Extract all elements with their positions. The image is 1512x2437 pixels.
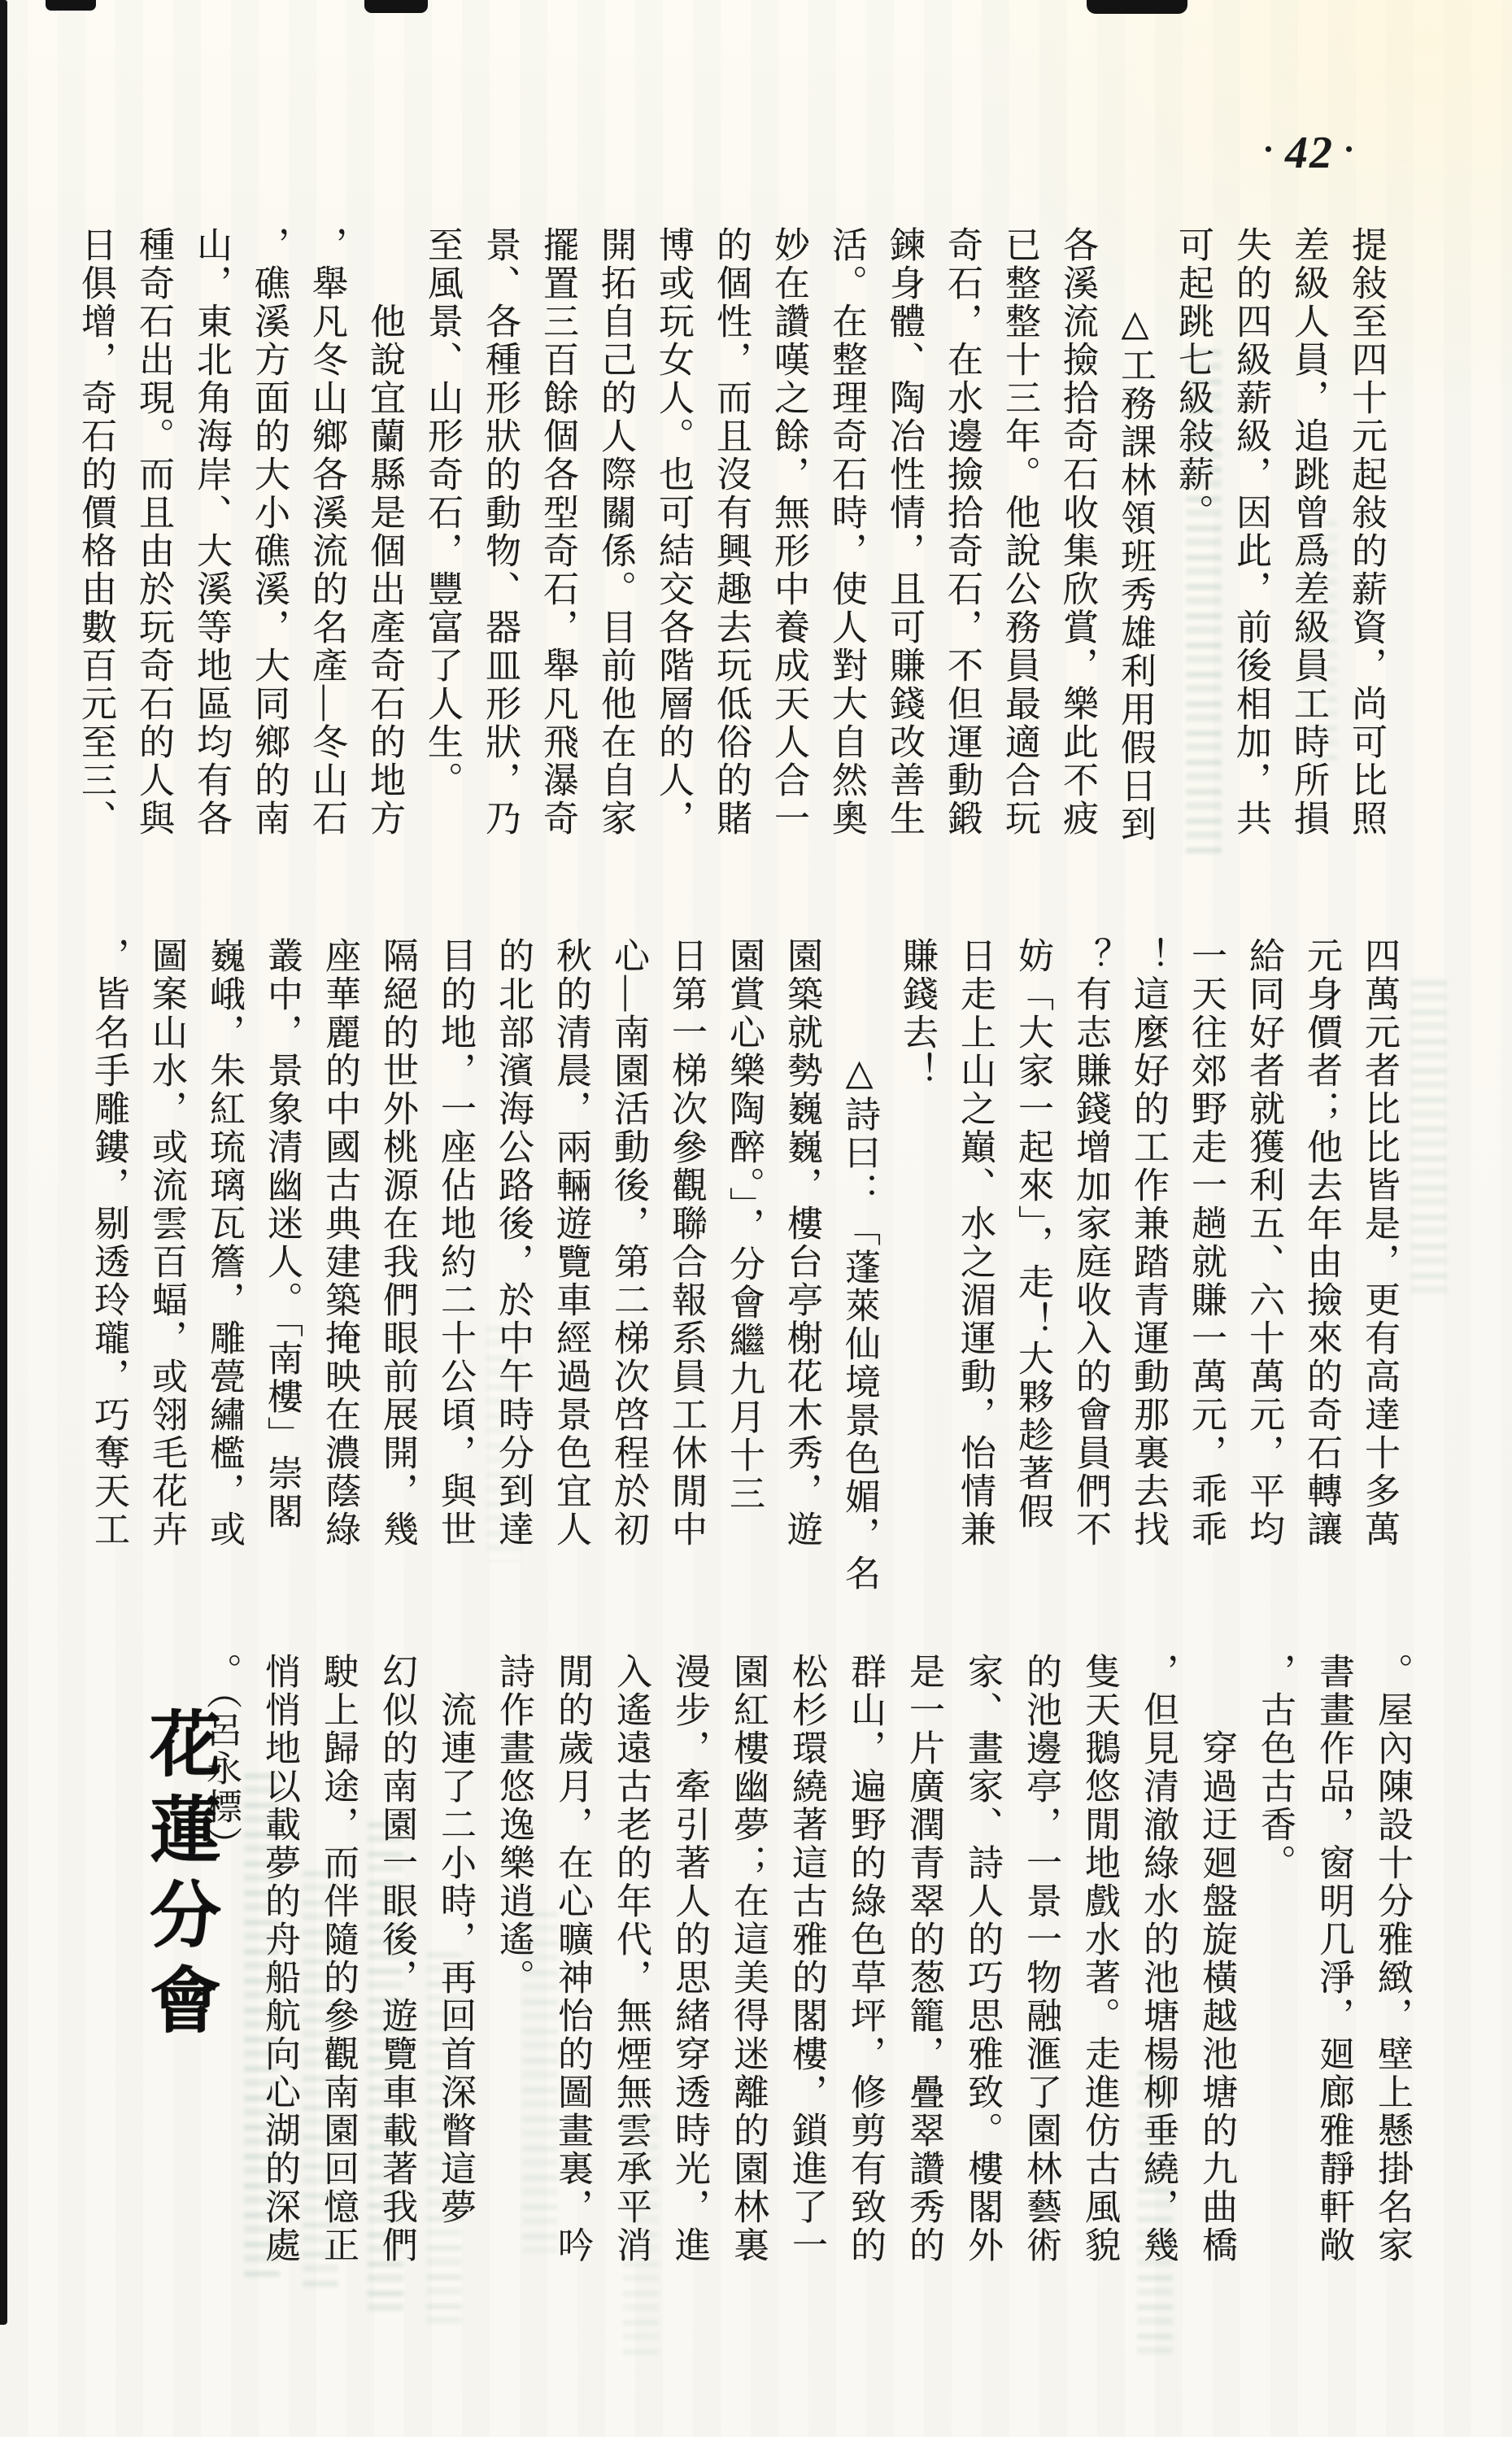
dot-icon: • [1253,137,1285,161]
scan-edge-artifact [0,0,7,2325]
text-column: 隻天鵝悠閒地戲水著。走進仿古風貌 [1070,1653,1128,2316]
text-column: 園築就勢巍巍，樓台亭榭花木秀，遊 [773,937,830,1600]
text-column: 目的地，一座佔地約二十公頃，與世 [426,937,484,1600]
text-column: 座華麗的中國古典建築掩映在濃蔭綠 [311,937,368,1600]
text-column: 妙在讚嘆之餘，無形中養成天人合一 [760,226,817,889]
text-column: 書畫作品，窗明几淨，廻廊雅靜軒敞 [1304,1653,1362,2316]
text-column: 駛上歸途，而伴隨的參觀南園回憶正 [308,1653,367,2316]
text-column: 鍊身體、陶冶性情，且可賺錢改善生 [875,226,933,889]
text-column: 至風景、山形奇石，豐富了人生。 [413,226,471,889]
text-column: 悄悄地以載夢的舟船航向心湖的深處 [250,1653,308,2316]
text-column: 種奇石出現。而且由於玩奇石的人與 [124,226,182,889]
text-column: 日俱增，奇石的價格由數百元至三、 [67,226,124,889]
text-column: 可起跳七級敍薪。 [1164,226,1222,889]
text-column: 家、畫家、詩人的巧思雅致。樓閣外 [952,1653,1011,2316]
text-column: 給同好者就獲利五、六十萬元，平均 [1235,937,1292,1600]
text-column: 閒的歲月，在心曠神怡的圖畫裏，吟 [542,1653,601,2316]
text-column: 日走上山之巔、水之湄運動，怡情兼 [946,937,1004,1600]
text-column: 心—南園活動後，第二梯次啓程於初 [599,937,657,1600]
showthrough-ghost [1411,980,1447,1297]
text-column: ，礁溪方面的大小礁溪，大同鄉的南 [240,226,298,889]
text-column: 賺錢去！ [888,937,946,1600]
text-column: 的池邊亭，一景一物融滙了園林藝術 [1011,1653,1070,2316]
text-column: △詩曰：「蓬萊仙境景色媚，名 [830,937,888,1600]
text-column: 日第一梯次參觀聯合報系員工休閒中 [657,937,715,1600]
article-band-top: 提敍至四十元起敍的薪資，尚可比照差級人員，追跳曾爲差級員工時所損失的四級薪級，因… [67,226,1395,889]
text-column: 松杉環繞著這古雅的閣樓，鎖進了一 [777,1653,835,2316]
text-column: 一天往郊野走一趟就賺一萬元，乖乖 [1177,937,1235,1600]
text-column: 叢中，景象清幽迷人。「南樓」崇閣 [253,937,311,1600]
text-column: 元身價者；他去年由撿來的奇石轉讓 [1292,937,1350,1600]
text-column: 入遙遠古老的年代，無煙無雲承平消 [601,1653,660,2316]
text-column: 活。在整理奇石時，使人對大自然奧 [817,226,875,889]
text-column: 園紅樓幽夢；在這美得迷離的園林裏 [718,1653,777,2316]
text-column: 他說宜蘭縣是個出產奇石的地方 [355,226,413,889]
text-column: 山，東北角海岸、大溪等地區均有各 [182,226,240,889]
text-column: ？有志賺錢增加家庭收入的會員們不 [1061,937,1119,1600]
text-column: 漫步，牽引著人的思緒穿透時光，進 [660,1653,718,2316]
text-column: 開拓自己的人際關係。目前他在自家 [586,226,644,889]
text-column: ，古色古香。 [1245,1653,1304,2316]
text-column: 四萬元者比比皆是，更有高達十多萬 [1350,937,1408,1600]
section-heading-hualien-branch: 花蓮分會 [127,1707,229,2048]
text-column: 的北部濱海公路後，於中午時分到達 [484,937,542,1600]
text-column: ，皆名手雕鏤，剔透玲瓏，巧奪天工 [80,937,137,1600]
scan-top-artifact [364,0,428,13]
text-column: 妨「大家一起來」，走！大夥趁著假 [1004,937,1061,1600]
text-column: 各溪流撿拾奇石收集欣賞，樂此不疲 [1048,226,1106,889]
text-column: 奇石，在水邊撿拾奇石，不但運動鍛 [933,226,991,889]
text-column: 幻似的南園一眼後，遊覽車載著我們 [367,1653,425,2316]
text-column: 是一片廣潤青翠的葱籠，疊翠讚秀的 [894,1653,952,2316]
text-column: 秋的清晨，兩輛遊覽車經過景色宜人 [542,937,599,1600]
page-number: •42• [1216,127,1403,179]
text-column: 群山，遍野的綠色草坪，修剪有致的 [835,1653,894,2316]
text-column: 差級人員，追跳曾爲差級員工時所損 [1279,226,1337,889]
scan-top-artifact [46,0,96,11]
text-column: 已整整十三年。他說公務員最適合玩 [991,226,1048,889]
text-column: 失的四級薪級，因此，前後相加，共 [1222,226,1279,889]
text-column: 流連了二小時，再回首深瞥這夢 [425,1653,484,2316]
text-column: 巍峨，朱紅琉璃瓦簷，雕甍繡檻，或 [195,937,253,1600]
text-column: 隔絕的世外桃源在我們眼前展開，幾 [368,937,426,1600]
text-column: 的個性，而且沒有興趣去玩低俗的賭 [702,226,760,889]
text-column: ！這麼好的工作兼踏青運動那裏去找 [1119,937,1177,1600]
text-column: 詩作畫悠逸樂逍遙。 [484,1653,542,2316]
text-column: 提敍至四十元起敍的薪資，尚可比照 [1337,226,1395,889]
text-column: 穿過迂廻盤旋橫越池塘的九曲橋 [1187,1653,1245,2316]
text-column: 園賞心樂陶醉。」，分會繼九月十三 [715,937,773,1600]
article-band-bottom: 。屋內陳設十分雅緻，壁上懸掛名家書畫作品，窗明几淨，廻廊雅靜軒敞，古色古香。 穿… [191,1653,1421,2316]
text-column: 景、各種形狀的動物、器皿形狀，乃 [471,226,529,889]
page-number-value: 42 [1285,128,1334,178]
scan-top-artifact [1087,0,1187,14]
text-column: ，舉凡冬山鄉各溪流的名產—冬山石 [298,226,355,889]
text-column: 。屋內陳設十分雅緻，壁上懸掛名家 [1362,1653,1421,2316]
article-band-middle: 四萬元者比比皆是，更有高達十多萬元身價者；他去年由撿來的奇石轉讓給同好者就獲利五… [80,937,1408,1600]
text-column: 博或玩女人。也可結交各階層的人， [644,226,702,889]
dot-icon: • [1334,137,1366,161]
text-column: △工務課林領班秀雄利用假日到 [1106,226,1164,889]
scanned-newsletter-page: { "page": { "number": "42" }, "heading":… [0,0,1512,2437]
text-column: 擺置三百餘個各型奇石，舉凡飛瀑奇 [529,226,586,889]
text-column: ，但見清澈綠水的池塘楊柳垂繞，幾 [1128,1653,1187,2316]
text-column: 圖案山水，或流雲百蝠，或翎毛花卉 [137,937,195,1600]
